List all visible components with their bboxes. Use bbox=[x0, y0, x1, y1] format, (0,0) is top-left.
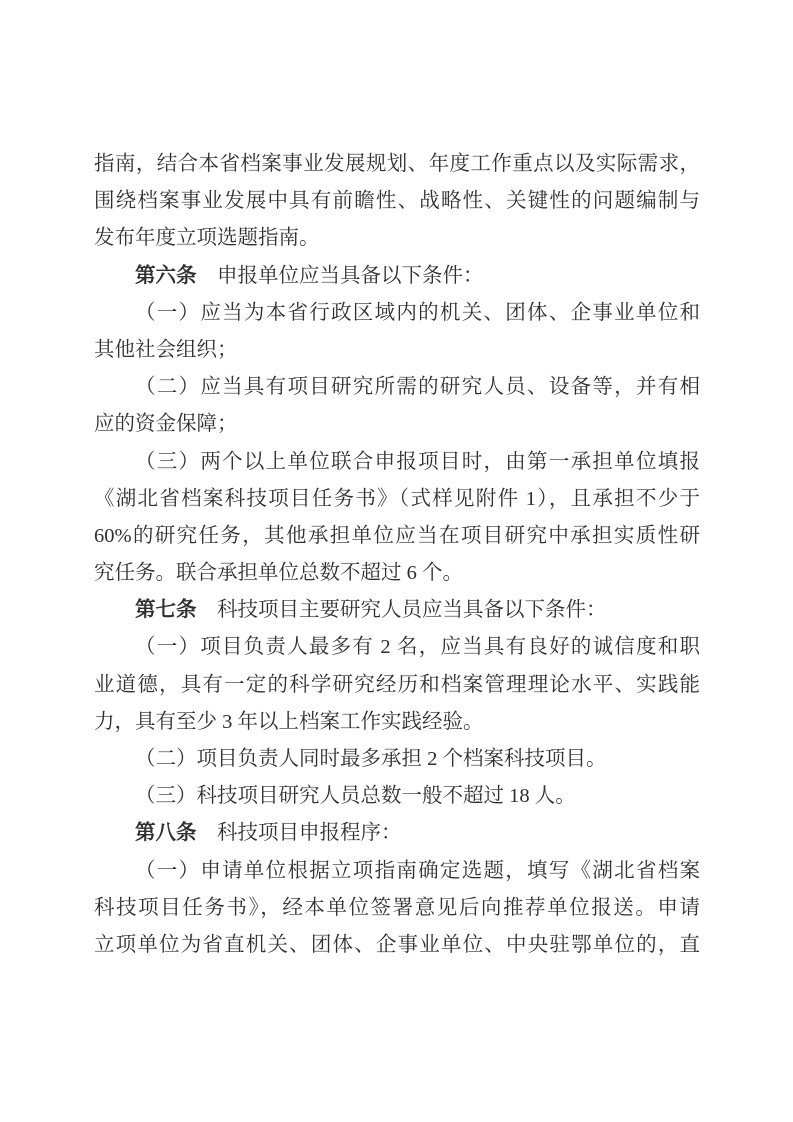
line-text: 围绕档案事业发展中具有前瞻性、战略性、关键性的问题编制与 bbox=[94, 190, 700, 212]
text-line: 60%的研究任务，其他承担单位应当在项目研究中承担实质性研 bbox=[94, 518, 700, 555]
text-line: 《湖北省档案科技项目任务书》（式样见附件 1），且承担不少于 bbox=[94, 481, 700, 518]
text-line: 发布年度立项选题指南。 bbox=[94, 220, 700, 257]
article-number: 第八条 bbox=[135, 822, 197, 844]
text-line: 应的资金保障； bbox=[94, 406, 700, 443]
text-line: 立项单位为省直机关、团体、企事业单位、中央驻鄂单位的，直 bbox=[94, 927, 700, 964]
line-text: 其他社会组织； bbox=[94, 339, 238, 361]
text-line: （一）申请单位根据立项指南确定选题，填写《湖北省档案 bbox=[94, 853, 700, 890]
article-number: 第六条 bbox=[135, 265, 197, 287]
line-text: （三）科技项目研究人员总数一般不超过 18 人。 bbox=[135, 785, 576, 807]
line-text: 业道德，具有一定的科学研究经历和档案管理理论水平、实践能 bbox=[94, 674, 700, 696]
text-line: 第六条 申报单位应当具备以下条件： bbox=[94, 258, 700, 295]
line-text: （二）项目负责人同时最多承担 2 个档案科技项目。 bbox=[135, 748, 607, 770]
text-line: （三）科技项目研究人员总数一般不超过 18 人。 bbox=[94, 778, 700, 815]
text-line: （二）应当具有项目研究所需的研究人员、设备等，并有相 bbox=[94, 369, 700, 406]
text-line: （二）项目负责人同时最多承担 2 个档案科技项目。 bbox=[94, 741, 700, 778]
line-text: （二）应当具有项目研究所需的研究人员、设备等，并有相 bbox=[135, 376, 700, 398]
text-line: 第七条 科技项目主要研究人员应当具备以下条件： bbox=[94, 592, 700, 629]
document-text-block: 指南，结合本省档案事业发展规划、年度工作重点以及实际需求，围绕档案事业发展中具有… bbox=[94, 146, 700, 964]
article-number: 第七条 bbox=[135, 599, 197, 621]
line-text: （一）应当为本省行政区域内的机关、团体、企事业单位和 bbox=[135, 302, 700, 324]
line-text: 指南，结合本省档案事业发展规划、年度工作重点以及实际需求， bbox=[94, 153, 700, 175]
line-text: 发布年度立项选题指南。 bbox=[94, 227, 320, 249]
line-text: （一）项目负责人最多有 2 名，应当具有良好的诚信度和职 bbox=[135, 636, 700, 658]
line-text: 科技项目任务书》，经本单位签署意见后向推荐单位报送。申请 bbox=[94, 897, 700, 919]
line-text: 科技项目主要研究人员应当具备以下条件： bbox=[197, 599, 607, 621]
line-text: 究任务。联合承担单位总数不超过 6 个。 bbox=[94, 562, 463, 584]
line-text: 科技项目申报程序： bbox=[197, 822, 402, 844]
line-text: 应的资金保障； bbox=[94, 413, 238, 435]
line-text: 力，具有至少 3 年以上档案工作实践经验。 bbox=[94, 711, 484, 733]
text-line: 力，具有至少 3 年以上档案工作实践经验。 bbox=[94, 704, 700, 741]
text-line: （一）应当为本省行政区域内的机关、团体、企事业单位和 bbox=[94, 295, 700, 332]
text-line: 指南，结合本省档案事业发展规划、年度工作重点以及实际需求， bbox=[94, 146, 700, 183]
text-line: （三）两个以上单位联合申报项目时，由第一承担单位填报 bbox=[94, 444, 700, 481]
line-text: 60%的研究任务，其他承担单位应当在项目研究中承担实质性研 bbox=[94, 525, 700, 547]
text-line: 科技项目任务书》，经本单位签署意见后向推荐单位报送。申请 bbox=[94, 890, 700, 927]
line-text: 《湖北省档案科技项目任务书》（式样见附件 1），且承担不少于 bbox=[94, 488, 700, 510]
text-line: 第八条 科技项目申报程序： bbox=[94, 815, 700, 852]
text-line: 围绕档案事业发展中具有前瞻性、战略性、关键性的问题编制与 bbox=[94, 183, 700, 220]
line-text: （三）两个以上单位联合申报项目时，由第一承担单位填报 bbox=[135, 451, 700, 473]
text-line: 其他社会组织； bbox=[94, 332, 700, 369]
document-page: 指南，结合本省档案事业发展规划、年度工作重点以及实际需求，围绕档案事业发展中具有… bbox=[0, 0, 793, 1122]
text-line: 业道德，具有一定的科学研究经历和档案管理理论水平、实践能 bbox=[94, 667, 700, 704]
text-line: （一）项目负责人最多有 2 名，应当具有良好的诚信度和职 bbox=[94, 629, 700, 666]
line-text: 立项单位为省直机关、团体、企事业单位、中央驻鄂单位的，直 bbox=[94, 934, 700, 956]
line-text: （一）申请单位根据立项指南确定选题，填写《湖北省档案 bbox=[135, 860, 700, 882]
text-line: 究任务。联合承担单位总数不超过 6 个。 bbox=[94, 555, 700, 592]
line-text: 申报单位应当具备以下条件： bbox=[197, 265, 484, 287]
